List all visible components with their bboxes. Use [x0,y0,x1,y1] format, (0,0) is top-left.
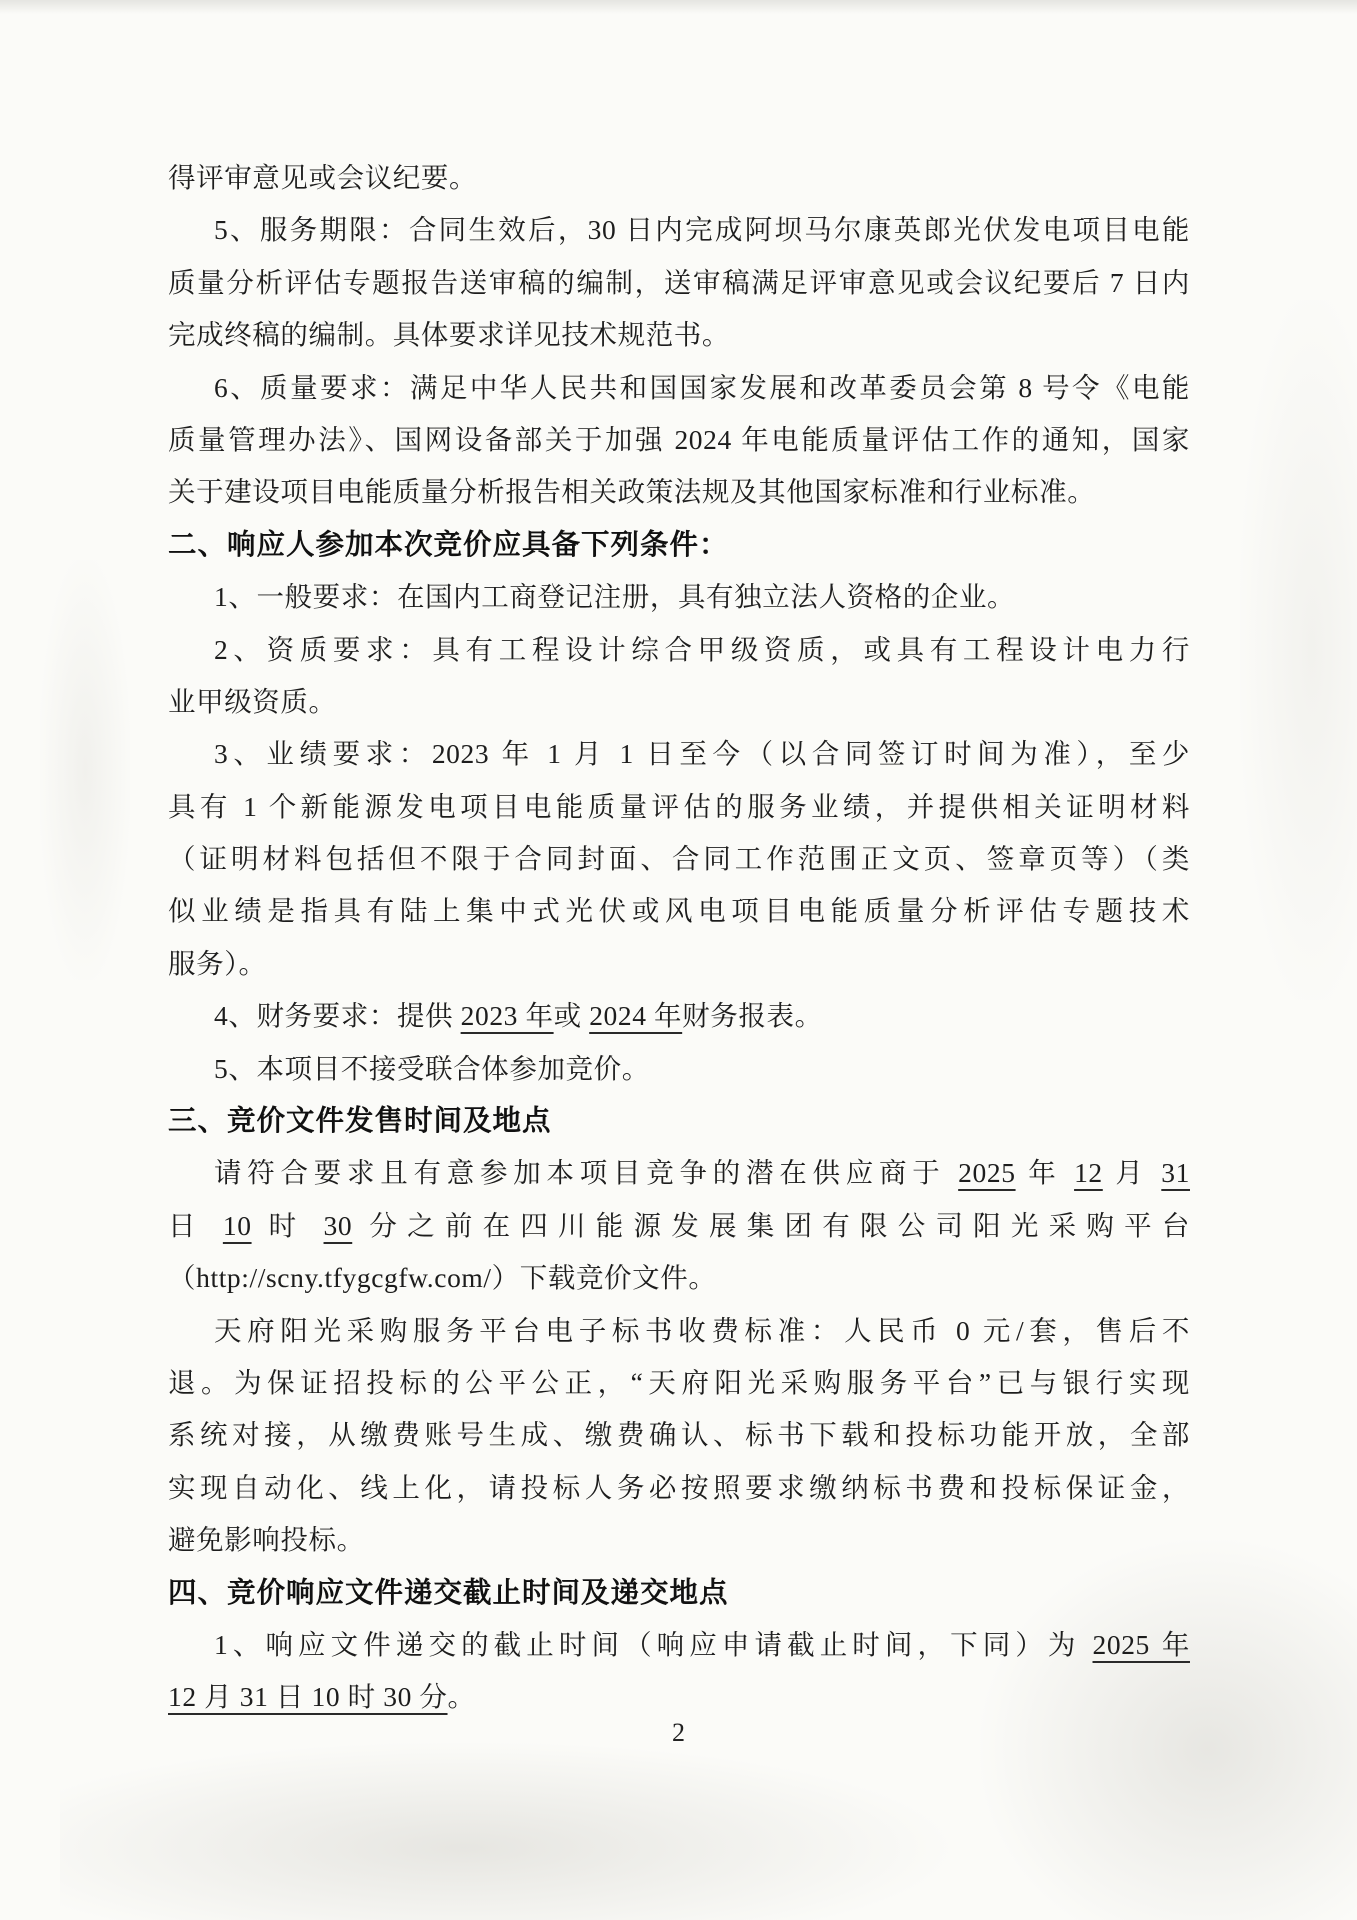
text-segment: 完成终稿的编制。具体要求详见技术规范书。 [168,319,730,350]
text-segment: 5、本项目不接受联合体参加竞价。 [214,1053,650,1084]
text-segment: 或 [554,1000,590,1031]
text-segment: （证明材料包括但不限于合同封面、合同工作范围正文页、签章页等）（类 [168,843,1190,874]
text-segment: 1、一般要求：在国内工商登记注册，具有独立法人资格的企业。 [214,581,1015,612]
text-line: 4、财务要求：提供 2023 年或 2024 年财务报表。 [168,990,1190,1042]
text-segment: 分之前在四川能源发展集团有限公司阳光采购平台 [352,1210,1190,1241]
text-segment: 天府阳光采购服务平台电子标书收费标准：人民币 0 元/套，售后不 [214,1315,1190,1346]
text-segment: 具有 1 个新能源发电项目电能质量评估的服务业绩，并提供相关证明材料 [168,791,1190,822]
text-line: 5、本项目不接受联合体参加竞价。 [168,1043,1190,1095]
text-line: 3、业绩要求：2023 年 1 月 1 日至今（以合同签订时间为准），至少 [168,728,1190,780]
text-segment: 月 [1103,1157,1162,1188]
underlined-text: 31 [1161,1157,1190,1188]
text-line: 5、服务期限：合同生效后，30 日内完成阿坝马尔康英郎光伏发电项目电能 [168,204,1190,256]
text-line: 质量分析评估专题报告送审稿的编制，送审稿满足评审意见或会议纪要后 7 日内 [168,257,1190,309]
text-line: 服务）。 [168,938,1190,990]
text-segment: 关于建设项目电能质量分析报告相关政策法规及其他国家标准和行业标准。 [168,476,1095,507]
text-segment: 1、响应文件递交的截止时间（响应申请截止时间，下同）为 [214,1629,1093,1660]
text-segment: 退。为保证招投标的公平公正，“天府阳光采购服务平台”已与银行实现 [168,1367,1190,1398]
text-line: 1、一般要求：在国内工商登记注册，具有独立法人资格的企业。 [168,571,1190,623]
underlined-text: 12 [1074,1157,1103,1188]
text-segment: 二、响应人参加本次竞价应具备下列条件： [168,529,729,561]
text-line: 得评审意见或会议纪要。 [168,152,1190,204]
document-body: 得评审意见或会议纪要。5、服务期限：合同生效后，30 日内完成阿坝马尔康英郎光伏… [168,152,1190,1724]
underlined-text: 2025 年 [1093,1629,1190,1660]
text-segment: 四、竞价响应文件递交截止时间及递交地点 [168,1577,729,1609]
section-heading: 三、竞价文件发售时间及地点 [168,1095,1190,1147]
underlined-text: 12 月 31 日 10 时 30 分 [168,1681,448,1712]
text-segment: 避免影响投标。 [168,1524,365,1555]
scan-artifact [40,560,130,980]
text-line: 业甲级资质。 [168,676,1190,728]
text-line: （http://scny.tfygcgfw.com/）下载竞价文件。 [168,1252,1190,1304]
scanned-document-page: { "page": { "number": "2", "background":… [0,0,1357,1920]
underlined-text: 2025 [958,1157,1015,1188]
text-segment: 得评审意见或会议纪要。 [168,162,477,193]
section-heading: 二、响应人参加本次竞价应具备下列条件： [168,519,1190,571]
text-line: 似业绩是指具有陆上集中式光伏或风电项目电能质量分析评估专题技术 [168,885,1190,937]
text-line: 完成终稿的编制。具体要求详见技术规范书。 [168,309,1190,361]
text-line: 退。为保证招投标的公平公正，“天府阳光采购服务平台”已与银行实现 [168,1357,1190,1409]
text-line: 12 月 31 日 10 时 30 分。 [168,1671,1190,1723]
text-line: 关于建设项目电能质量分析报告相关政策法规及其他国家标准和行业标准。 [168,466,1190,518]
text-line: 1、响应文件递交的截止时间（响应申请截止时间，下同）为 2025 年 [168,1619,1190,1671]
text-line: 具有 1 个新能源发电项目电能质量评估的服务业绩，并提供相关证明材料 [168,781,1190,833]
text-segment: 年 [1016,1157,1075,1188]
text-segment: 请符合要求且有意参加本项目竞争的潜在供应商于 [214,1157,958,1188]
underlined-text: 2024 年 [589,1000,682,1031]
scan-edge-shadow [0,0,1357,14]
page-number: 2 [0,1718,1357,1748]
text-segment: 质量管理办法》、国网设备部关于加强 2024 年电能质量评估工作的通知，国家 [168,424,1190,455]
underlined-text: 10 [223,1210,252,1241]
section-heading: 四、竞价响应文件递交截止时间及递交地点 [168,1567,1190,1619]
text-line: （证明材料包括但不限于合同封面、合同工作范围正文页、签章页等）（类 [168,833,1190,885]
text-segment: 服务）。 [168,948,267,979]
text-segment: 3、业绩要求：2023 年 1 月 1 日至今（以合同签订时间为准），至少 [214,738,1190,769]
scan-artifact [60,1740,960,1920]
text-segment: （http://scny.tfygcgfw.com/）下载竞价文件。 [168,1262,716,1293]
text-line: 6、质量要求：满足中华人民共和国国家发展和改革委员会第 8 号令《电能 [168,362,1190,414]
text-line: 天府阳光采购服务平台电子标书收费标准：人民币 0 元/套，售后不 [168,1305,1190,1357]
scan-artifact [1240,300,1357,1000]
text-line: 避免影响投标。 [168,1514,1190,1566]
text-segment: 。 [448,1681,476,1712]
text-segment: 三、竞价文件发售时间及地点 [168,1105,552,1137]
text-segment: 6、质量要求：满足中华人民共和国国家发展和改革委员会第 8 号令《电能 [214,372,1190,403]
text-line: 质量管理办法》、国网设备部关于加强 2024 年电能质量评估工作的通知，国家 [168,414,1190,466]
text-segment: 实现自动化、线上化，请投标人务必按照要求缴纳标书费和投标保证金， [168,1472,1190,1503]
underlined-text: 30 [324,1210,353,1241]
text-segment: 财务报表。 [682,1000,823,1031]
text-line: 系统对接，从缴费账号生成、缴费确认、标书下载和投标功能开放，全部 [168,1409,1190,1461]
text-line: 实现自动化、线上化，请投标人务必按照要求缴纳标书费和投标保证金， [168,1462,1190,1514]
text-segment: 时 [252,1210,324,1241]
text-segment: 2、资质要求：具有工程设计综合甲级资质，或具有工程设计电力行 [214,634,1190,665]
text-segment: 系统对接，从缴费账号生成、缴费确认、标书下载和投标功能开放，全部 [168,1419,1190,1450]
underlined-text: 2023 年 [461,1000,554,1031]
text-segment: 似业绩是指具有陆上集中式光伏或风电项目电能质量分析评估专题技术 [168,895,1190,926]
text-line: 请符合要求且有意参加本项目竞争的潜在供应商于 2025 年 12 月 31 [168,1147,1190,1199]
text-line: 2、资质要求：具有工程设计综合甲级资质，或具有工程设计电力行 [168,624,1190,676]
text-segment: 质量分析评估专题报告送审稿的编制，送审稿满足评审意见或会议纪要后 7 日内 [168,267,1190,298]
text-segment: 业甲级资质。 [168,686,337,717]
text-line: 日 10 时 30 分之前在四川能源发展集团有限公司阳光采购平台 [168,1200,1190,1252]
text-segment: 5、服务期限：合同生效后，30 日内完成阿坝马尔康英郎光伏发电项目电能 [214,214,1190,245]
text-segment: 日 [168,1210,223,1241]
text-segment: 4、财务要求：提供 [214,1000,461,1031]
